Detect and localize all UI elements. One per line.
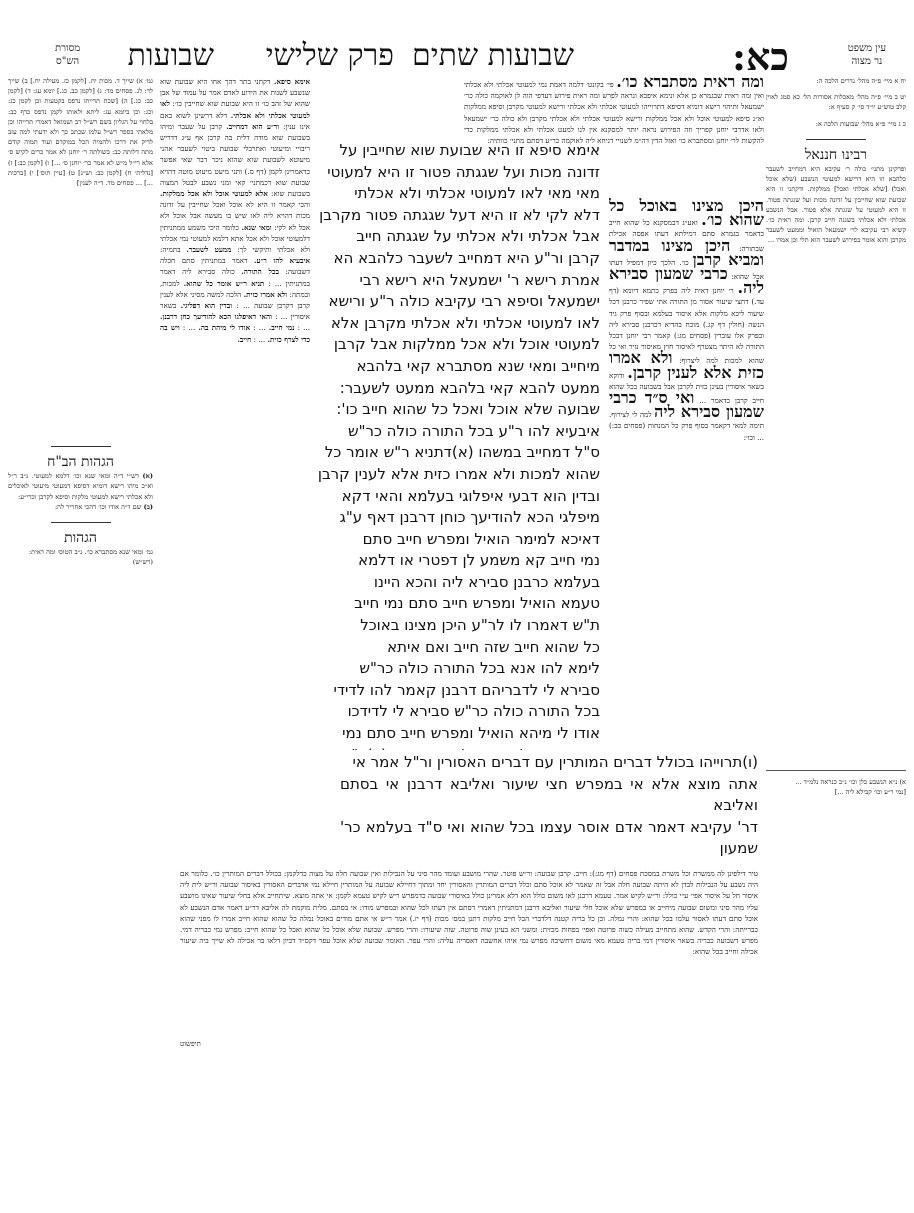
hagahot-bach-a: (א) רש״י ד״ה ומאי שנא וכו׳ דלמא למעוטי. … [8,471,153,502]
ornament-divider [806,139,866,140]
rashi-dibbur: בכל התורה. [241,267,279,276]
tosafot-text: פי׳ בקונט׳ דלמה דאמת נמי למעוטי אכלתי ול… [464,80,764,145]
gemara-line: כל שהוא חייב שזה חייב ואם איתא [312,637,600,659]
page-header: עין משפט נר מצוה כא: שבועות שתים פרק שלי… [0,0,914,72]
rashi-dibbur: ור״ע הוא דמחייב. [226,122,279,131]
note-label: (א) [143,472,153,480]
rashi-text: ... : [298,323,310,332]
rashi-dibbur: ממעט לשעבר. [186,245,231,254]
gemara-line: מיפלגי הכא להודיעך כוחן דרבנן דאף ע"ג [312,507,600,529]
rashi-dibbur: תניא ר״ש אומר כל שהוא. [184,279,265,288]
ein-mishpat-entry: יט ב מיי׳ פ״ה מהל׳ מאכלות אסורות הל׳ כא … [766,92,906,112]
ein-mishpat-entry: כ ג מיי׳ פ״א מהל׳ שבועות הלכה א: [766,119,906,129]
ornament-divider [51,446,111,447]
hagahot-bach-title: הגהות הב"ח [8,457,153,467]
footnote: [נמי ר״ע וכו׳ קבילא ליה ...] [766,787,906,797]
footnote-rule [766,770,906,771]
rashi-dibbur: אימא סיפא. [274,77,310,86]
gemara-references: גמ׳ א) שייך ד. מכות יח. [לקמן כז. מעילה … [8,76,153,436]
rashi-column: אימא סיפא. דקתני בתר דהך אחו היא שבועת ש… [160,76,310,866]
gemara-main: אימא סיפא זו היא שבועת שוא שחייבין על זד… [312,140,600,750]
mesoret-column: גמ׳ א) שייך ד. מכות יח. [לקמן כז. מעילה … [8,76,153,776]
gemara-line: נמי חייב קא משמע לן דפטרי או דלמא [312,550,600,572]
rashi-text: בתמיה: [160,245,181,254]
gemara-line: בעלמא כרבנן סבירא ליה והכא היינו [312,572,600,594]
gemara-line: לימא להו אנא בכל התורה כולה כר"ש [312,658,600,680]
tosafot-heading: ולא אמרו כזית אלא לענין קרבן. [609,348,764,381]
gemara-line: אימא סיפא זו היא שבועת שוא שחייבין על [312,140,600,162]
gemara-line: איבעיא להו ר"ע בכל התורה כולה כר"ש [312,421,600,443]
gemara-line: ישמעאל וסיפא רבי עקיבא כולה ר"ע ורישא [312,291,600,313]
gemara-line: לאו למעוטי אכלתי ולא אכלתי מקרבן אלא [312,313,600,335]
mesoret-label: מסורת הש"ס [55,42,80,68]
gemara-line: אמרת רישא ר' ישמעאל היא רישא רבי [312,270,600,292]
daf-number: כא: [732,34,789,80]
gemara-line: מאי מאי לאו למעוטי אכלתי ולא אכלתי [312,183,600,205]
gemara-line: סבירא ליה כל שהוא נמי מושבע ועומד מהר סי… [340,860,758,862]
rashi-dibbur: חייב. [237,335,251,344]
rashi-dibbur: אלא למעוטי אוכל ולא אכל ממלקות. [160,189,268,198]
gemara-line: מיחייב ומאי שנא מסתברא קאי בלהבא [312,356,600,378]
rashi-dibbur: אודו לי מיהת בה. [198,323,250,332]
rashi-dibbur: איבעיא להו ר״ע. [254,256,310,265]
hagahot-text: גמ׳ ומאי שנא מסתברא כו׳. נ״ב הטוס׳ ומה ר… [8,547,153,557]
rashi-dibbur: נמי חייב. [269,323,295,332]
gemara-line: שבועה שלא אוכל ואכל כל שהוא חייב כו': [312,399,600,421]
title-chapter: פרק שלישי [266,38,394,73]
gemara-line: דר' עקיבא דאמר אדם אוסר עצמו בכל שהוא וא… [340,817,758,860]
tosafot-top: ומה ראית מסתברא כו׳. פי׳ בקונט׳ דלמה דאמ… [464,76,764,146]
bottom-tifshot: תיפשוט [180,1040,201,1048]
gemara-line: זדונה מכות ועל שגגתה פטור זו היא למעוטי [312,162,600,184]
bottom-rashi: טיר דילפינן לה ממשרת וכל משרת במסכת פסחי… [180,868,758,1036]
rabbenu-chananel-text: ופרקינן מתני׳ כולה ר׳ עקיבא היא דמחייב ל… [766,164,906,764]
note-text: רש״י ד״ה ומאי שנא וכו׳ דלמא למעוטי. נ״ב … [8,472,153,500]
gemara-line: אבל אכלתי ולא אכלתי על שגגתה חייב [312,226,600,248]
tosafot-side: היכן מצינו באוכל כל שהוא כו׳. ואע״ג דבמס… [609,140,764,740]
gemara-line: אודו לי מיהא הואיל ומפרש חייב סתם נמי [312,723,600,745]
ein-mishpat-label: עין משפט נר מצוה [848,42,886,68]
gemara-line: סבירא לי לדבריהם דרבנן קאמר להו לדידי [312,680,600,702]
ein-mishpat-column: יח א מיי׳ פ״ה מהל׳ נדרים הלכה ה: יט ב מי… [766,76,906,966]
ein-mishpat-entry: יח א מיי׳ פ״ה מהל׳ נדרים הלכה ה: [766,76,906,86]
title-right: שבועות שתים [412,38,574,73]
rashi-text: ... : [183,323,195,332]
gemara-line: ס"ל דמחייב במשהו (א)דתניא ר"ש אומר כל [312,442,600,464]
hagahot-bach-b: (ב) שם ד״ה אודו וכו׳ דהכי אחריר לה: [8,502,153,512]
rashi-text: טיר דילפינן לה ממשרת וכל משרת במסכת פסחי… [180,869,758,956]
gemara-line: בכל התורה כולה כר"ש סבירא לי לדידכו [312,701,600,723]
hagahot-title: הגהות [8,533,153,543]
gemara-line: דלא לקי לא זו היא דעל שגגתה פטור מקרבן [312,205,600,227]
gemara-line: טעמא הואיל ומפרש חייב סתם נמי חייב [312,593,600,615]
gemara-line: ממעט להבא קאי בלהבא ממעט לשעבר: [312,378,600,400]
gemara-line: ובדין הוא דבעי איפלוגי בעלמא והאי דקא [312,486,600,508]
note-text: שם ד״ה אודו וכו׳ דהכי אחריר לה: [55,503,142,511]
hagahot-ref: (רש״ש) [8,557,153,567]
gemara-line: אתה מוצא אלא אי במפרש חצי שיעור ואליבא ד… [340,774,758,817]
title-tractate: שבועות [128,38,214,73]
rashi-dibbur: ולא אמרו כזית. [244,290,287,299]
rabbenu-chananel-title: רבינו חננאל [766,150,906,160]
rashi-dibbur: ומאי שנא. [242,223,272,232]
gemara-line: חייב ואמרו ליה רבנן לא תא שמע (ב)ר"ע [312,745,600,750]
gemara-line: (ו)תרוייהו בכולל דברים המותרין עם דברים … [340,752,758,774]
note-label: (ב) [144,503,153,511]
gemara-line: ת"ש דאמרו לו לר"ע היכן מצינו באוכל [312,615,600,637]
gemara-line: דאיכא למימר הואיל ומפרש חייב סתם [312,529,600,551]
rashi-dibbur: והאי דאיפלגו הכא להודיעך כחן דרבנן. [160,312,272,321]
rashi-text: ... : [254,335,266,344]
gemara-line: שהוא למכות ולא אמרו כזית אלא לענין קרבן [312,464,600,486]
rashi-text: ... : [253,323,265,332]
footnote: א) נ״א הנשבע כלן וכו׳ נ״ב כנראה נלמ״ד ..… [766,777,906,787]
tosafot-dibbur: ומה ראית מסתברא כו׳. [616,76,764,91]
rashi-dibbur: ובדין הוא דפליגי. [181,301,232,310]
gemara-line: קרבן ור"ע היא דמחייב לשעבר כלהבא הא [312,248,600,270]
rashi-text: קרבן על שעבר ומיהו בשבועת שוא מודה דלית … [160,122,310,198]
gemara-wide: (ו)תרוייהו בכולל דברים המותרין עם דברים … [340,752,758,862]
gemara-line: למעוטי אוכל ולא אכל ממלקות אבל קרבן [312,334,600,356]
ornament-divider [51,522,111,523]
